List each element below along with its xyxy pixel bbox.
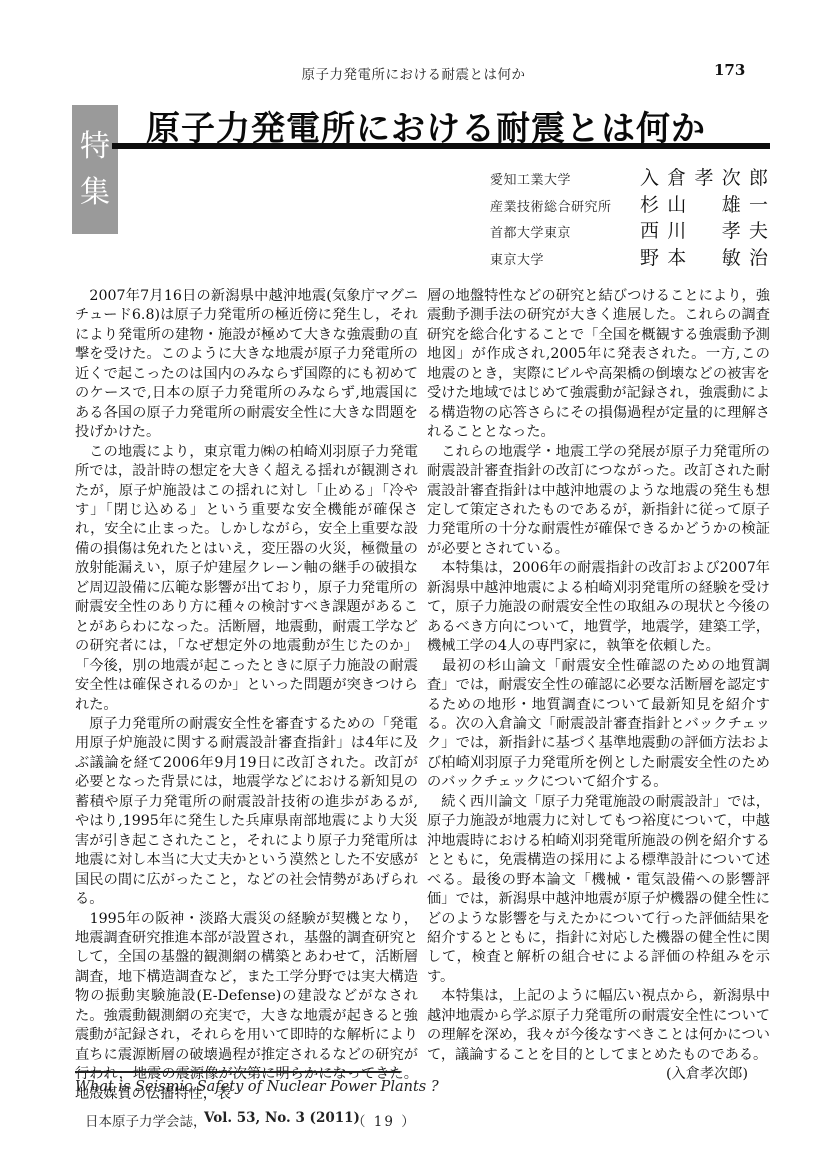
- body-paragraph: 最初の杉山論文「耐震安全性確認のための地質調査」では，耐震安全性の確認に必要な活…: [427, 657, 770, 793]
- body-paragraph: 続く西川論文「原子力発電施設の耐震設計」では，原子力施設が地震力に対してもつ裕度…: [427, 793, 770, 988]
- author-name: 西川 孝夫: [640, 216, 768, 243]
- body-paragraph: 原子力発電所の耐震安全性を審査するための「発電用原子炉施設に関する耐震設計審査指…: [75, 715, 418, 910]
- footnote-rule: [75, 1071, 400, 1073]
- title-underline-rule: [112, 143, 770, 149]
- body-paragraph: 2007年7月16日の新潟県中越沖地震(気象庁マグニチュード6.8)は原子力発電…: [75, 287, 418, 443]
- author-affiliation: 首都大学東京: [490, 222, 640, 241]
- author-row: 首都大学東京 西川 孝夫: [490, 216, 768, 243]
- body-left-column: 2007年7月16日の新潟県中越沖地震(気象庁マグニチュード6.8)は原子力発電…: [75, 287, 418, 1104]
- body-paragraph: 層の地盤特性などの研究と結びつけることにより，強震動予測手法の研究が大きく進展し…: [427, 287, 770, 443]
- author-affiliation: 産業技術総合研究所: [490, 196, 640, 215]
- journal-name: 日本原子力学会誌，: [85, 1110, 207, 1130]
- author-name: 野本 敏治: [640, 243, 768, 270]
- feature-box-char-top: 特: [80, 132, 110, 162]
- body-right-column: 層の地盤特性などの研究と結びつけることにより，強震動予測手法の研究が大きく進展し…: [427, 287, 770, 1085]
- feature-box: 特 集: [72, 105, 118, 234]
- author-affiliation: 東京大学: [490, 249, 640, 268]
- authors-block: 愛知工業大学 入倉孝次郎 産業技術総合研究所 杉山 雄一 首都大学東京 西川 孝…: [490, 163, 768, 269]
- body-paragraph: 本特集は，上記のように幅広い視点から，新潟県中越沖地震から学ぶ原子力発電所の耐震…: [427, 987, 770, 1065]
- running-head: 原子力発電所における耐震とは何か: [0, 63, 827, 83]
- body-paragraph: 1995年の阪神・淡路大震災の経験が契機となり，地震調査研究推進本部が設置され，…: [75, 910, 418, 1105]
- author-name: 杉山 雄一: [640, 190, 768, 217]
- author-row: 愛知工業大学 入倉孝次郎: [490, 163, 768, 190]
- body-paragraph: この地震により，東京電力㈱の柏崎刈羽原子力発電所では，設計時の想定を大きく超える…: [75, 443, 418, 715]
- page-number: 173: [714, 61, 745, 79]
- author-row: 東京大学 野本 敏治: [490, 243, 768, 270]
- author-signature: (入倉孝次郎): [427, 1065, 770, 1084]
- author-name: 入倉孝次郎: [640, 163, 768, 190]
- footer-page-marker: （ 19 ）: [352, 1110, 417, 1130]
- body-paragraph: 本特集は，2006年の耐震指針の改訂および2007年新潟県中越沖地震による柏崎刈…: [427, 559, 770, 656]
- body-paragraph: これらの地震学・地震工学の発展が原子力発電所の耐震設計審査指針の改訂につながった…: [427, 443, 770, 560]
- journal-volume: Vol. 53, No. 3 (2011): [204, 1110, 360, 1126]
- english-title-footnote: What is Seismic Safety of Nuclear Power …: [75, 1079, 439, 1095]
- feature-box-char-bottom: 集: [80, 178, 110, 208]
- journal-page: 原子力発電所における耐震とは何か 173 特 集 原子力発電所における耐震とは何…: [0, 0, 827, 1170]
- author-row: 産業技術総合研究所 杉山 雄一: [490, 190, 768, 217]
- author-affiliation: 愛知工業大学: [490, 169, 640, 188]
